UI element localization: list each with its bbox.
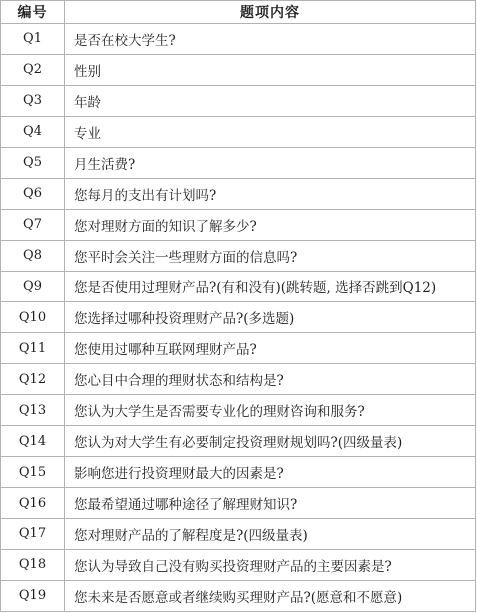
question-id: Q2 — [1, 54, 65, 85]
question-content: 您选择过哪种投资理财产品?(多选题) — [65, 302, 476, 333]
question-id: Q12 — [1, 364, 65, 395]
table-body: Q1 是否在校大学生? Q2 性别 Q3 年龄 Q4 专业 Q5 月生活费? Q… — [1, 24, 476, 612]
table-row: Q18 您认为导致自己没有购买投资理财产品的主要因素是? — [1, 549, 476, 580]
table-row: Q19 您未来是否愿意或者继续购买理财产品?(愿意和不愿意) — [1, 580, 476, 611]
question-id: Q4 — [1, 116, 65, 147]
question-id: Q15 — [1, 457, 65, 488]
table-row: Q10 您选择过哪种投资理财产品?(多选题) — [1, 302, 476, 333]
question-content: 月生活费? — [65, 147, 476, 178]
question-id: Q9 — [1, 271, 65, 302]
table-row: Q2 性别 — [1, 54, 476, 85]
question-content: 您最希望通过哪种途径了解理财知识? — [65, 488, 476, 519]
table-row: Q17 您对理财产品的了解程度是?(四级量表) — [1, 519, 476, 550]
question-id: Q1 — [1, 24, 65, 55]
question-content: 专业 — [65, 116, 476, 147]
question-content: 您认为导致自己没有购买投资理财产品的主要因素是? — [65, 549, 476, 580]
question-id: Q3 — [1, 85, 65, 116]
question-content: 影响您进行投资理财最大的因素是? — [65, 457, 476, 488]
question-content: 性别 — [65, 54, 476, 85]
question-id: Q8 — [1, 240, 65, 271]
table-row: Q12 您心目中合理的理财状态和结构是? — [1, 364, 476, 395]
table-row: Q16 您最希望通过哪种途径了解理财知识? — [1, 488, 476, 519]
question-content: 您每月的支出有计划吗? — [65, 178, 476, 209]
question-content: 您对理财产品的了解程度是?(四级量表) — [65, 519, 476, 550]
table-row: Q4 专业 — [1, 116, 476, 147]
table-row: Q1 是否在校大学生? — [1, 24, 476, 55]
question-content: 您平时会关注一些理财方面的信息吗? — [65, 240, 476, 271]
question-content: 是否在校大学生? — [65, 24, 476, 55]
table-header-row: 编号 题项内容 — [1, 1, 476, 24]
table-row: Q11 您使用过哪种互联网理财产品? — [1, 333, 476, 364]
question-id: Q7 — [1, 209, 65, 240]
question-id: Q16 — [1, 488, 65, 519]
table-row: Q6 您每月的支出有计划吗? — [1, 178, 476, 209]
question-id: Q11 — [1, 333, 65, 364]
question-content: 您认为对大学生有必要制定投资理财规划吗?(四级量表) — [65, 426, 476, 457]
question-id: Q17 — [1, 519, 65, 550]
question-content: 您对理财方面的知识了解多少? — [65, 209, 476, 240]
question-content: 您使用过哪种互联网理财产品? — [65, 333, 476, 364]
table-row: Q5 月生活费? — [1, 147, 476, 178]
question-id: Q14 — [1, 426, 65, 457]
table-row: Q9 您是否使用过理财产品?(有和没有)(跳转题, 选择否跳到Q12) — [1, 271, 476, 302]
question-content: 您心目中合理的理财状态和结构是? — [65, 364, 476, 395]
question-id: Q19 — [1, 580, 65, 611]
question-id: Q13 — [1, 395, 65, 426]
question-id: Q10 — [1, 302, 65, 333]
table-row: Q13 您认为大学生是否需要专业化的理财咨询和服务? — [1, 395, 476, 426]
questionnaire-table: 编号 题项内容 Q1 是否在校大学生? Q2 性别 Q3 年龄 Q4 专业 Q5… — [0, 0, 476, 612]
question-id: Q18 — [1, 549, 65, 580]
column-header-content: 题项内容 — [65, 1, 476, 24]
question-id: Q6 — [1, 178, 65, 209]
question-id: Q5 — [1, 147, 65, 178]
column-header-id: 编号 — [1, 1, 65, 24]
table-row: Q8 您平时会关注一些理财方面的信息吗? — [1, 240, 476, 271]
question-content: 年龄 — [65, 85, 476, 116]
question-content: 您认为大学生是否需要专业化的理财咨询和服务? — [65, 395, 476, 426]
table-row: Q3 年龄 — [1, 85, 476, 116]
question-content: 您未来是否愿意或者继续购买理财产品?(愿意和不愿意) — [65, 580, 476, 611]
table-row: Q14 您认为对大学生有必要制定投资理财规划吗?(四级量表) — [1, 426, 476, 457]
table-row: Q7 您对理财方面的知识了解多少? — [1, 209, 476, 240]
question-content: 您是否使用过理财产品?(有和没有)(跳转题, 选择否跳到Q12) — [65, 271, 476, 302]
table-row: Q15 影响您进行投资理财最大的因素是? — [1, 457, 476, 488]
